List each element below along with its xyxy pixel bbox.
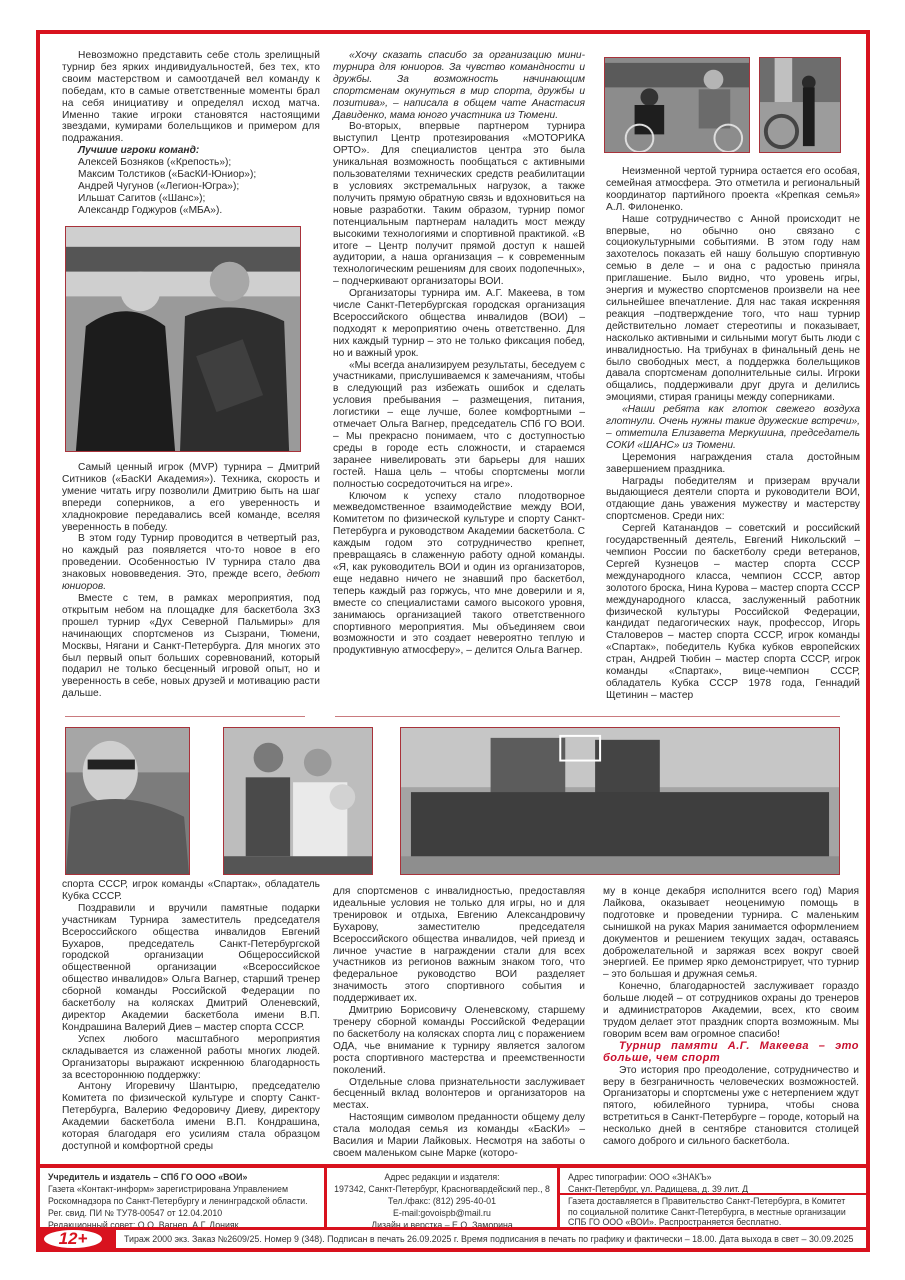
section-divider-left xyxy=(65,716,305,717)
continued-paragraph: для спортсменов с инвалидностью, предост… xyxy=(333,886,585,1005)
handshake-photo-icon xyxy=(605,58,749,152)
photo-older-man-glasses xyxy=(65,727,190,875)
list-item: Ильшат Сагитов («Шанс»); xyxy=(78,193,320,205)
column-top-left: Невозможно представить себе столь зрелищ… xyxy=(62,50,320,217)
footer-distribution-box: Газета доставляется в Правительство Санк… xyxy=(568,1195,864,1227)
volunteers-paragraph: Отдельные слова признательности заслужив… xyxy=(333,1077,585,1113)
photo-wheelchair-handshake xyxy=(604,57,750,153)
imprint-text: Тираж 2000 экз. Заказ №2609/25. Номер 9 … xyxy=(116,1234,853,1244)
list-item: Алексей Бозняков («Крепость»); xyxy=(78,157,320,169)
family-atmosphere-paragraph: Неизменной чертой турнира остается его о… xyxy=(606,166,860,214)
footer-divider-2 xyxy=(557,1168,560,1227)
group-photo-icon xyxy=(401,728,839,874)
award-presenters-paragraph: Сергей Катанандов – советский и российск… xyxy=(606,523,860,702)
column-bottom-right: му в конце декабря исполнится всего год)… xyxy=(603,886,859,1148)
column-bottom-left: спорта СССР, игрок команды «Спартак», об… xyxy=(62,879,320,1153)
list-item: Максим Толстиков («БасКИ-Юниор»); xyxy=(78,169,320,181)
success-paragraph: Успех любого масштабного мероприятия скл… xyxy=(62,1034,320,1082)
imprint-strip: 12+ Тираж 2000 экз. Заказ №2609/25. Номе… xyxy=(40,1227,866,1248)
photo-family-with-baby xyxy=(223,727,373,875)
coach-photo-icon xyxy=(66,728,189,874)
photo-woman-speaker xyxy=(759,57,841,153)
mvp-paragraph: Самый ценный игрок (MVP) турнира – Дмитр… xyxy=(62,462,320,533)
section-subheading: Турнир памяти А.Г. Макеева – это больше,… xyxy=(603,1041,859,1065)
closing-paragraph: Это история про преодоление, сотрудничес… xyxy=(603,1065,859,1148)
column-top-middle: «Хочу сказать спасибо за организацию мин… xyxy=(333,50,585,657)
speaker-photo-icon xyxy=(760,58,840,152)
best-players-list: Алексей Бозняков («Крепость»); Максим То… xyxy=(62,157,320,217)
column-top-right: Неизменной чертой турнира остается его о… xyxy=(606,166,860,702)
column-top-left-lower: Самый ценный игрок (MVP) турнира – Дмитр… xyxy=(62,462,320,700)
congratulations-paragraph: Поздравили и вручили памятные подарки уч… xyxy=(62,903,320,1034)
wagner-quote-paragraph: «Мы всегда анализируем результаты, бесед… xyxy=(333,360,585,491)
continued-paragraph: му в конце декабря исполнится всего год)… xyxy=(603,886,859,981)
olenevsky-paragraph: Дмитрию Борисовичу Оленевскому, старшему… xyxy=(333,1005,585,1076)
best-players-heading: Лучшие игроки команд: xyxy=(62,145,320,157)
age-rating-badge: 12+ xyxy=(40,1230,116,1248)
northern-palmyra-paragraph: Вместе с тем, в рамках мероприятия, под … xyxy=(62,593,320,700)
continued-paragraph: спорта СССР, игрок команды «Спартак», об… xyxy=(62,879,320,903)
award-photo-icon xyxy=(66,227,300,451)
section-divider-right xyxy=(335,716,840,717)
publisher-title: Учредитель и издатель – СПб ГО ООО «ВОИ» xyxy=(48,1171,313,1183)
photo-team-group xyxy=(400,727,840,875)
thanks-paragraph: Антону Игоревичу Шантырю, председателю К… xyxy=(62,1081,320,1152)
photo-two-men-award xyxy=(65,226,301,452)
fourth-time-paragraph: В этом году Турнир проводится в четверты… xyxy=(62,533,320,593)
intro-paragraph: Невозможно представить себе столь зрелищ… xyxy=(62,50,320,145)
gratitude-paragraph: Конечно, благодарностей заслуживает гора… xyxy=(603,981,859,1041)
footer-printing-box: Адрес типографии: ООО «ЗНАКЪ» Санкт-Пете… xyxy=(568,1168,864,1193)
organizers-paragraph: Организаторы турнира им. А.Г. Макеева, в… xyxy=(333,288,585,359)
list-item: Александр Годжуров («МБА»). xyxy=(78,205,320,217)
awards-paragraph: Награды победителям и призерам вручали в… xyxy=(606,476,860,524)
merkushina-quote: «Наши ребята как глоток свежего воздуха … xyxy=(606,404,860,452)
laykov-family-paragraph: Настоящим символом преданности общему де… xyxy=(333,1112,585,1160)
ceremony-paragraph: Церемония награждения стала достойным за… xyxy=(606,452,860,476)
davidenko-quote: «Хочу сказать спасибо за организацию мин… xyxy=(333,50,585,121)
family-photo-icon xyxy=(224,728,372,874)
column-bottom-middle: для спортсменов с инвалидностью, предост… xyxy=(333,886,585,1160)
cooperation-paragraph: Ключом к успеху стало плодотворное межве… xyxy=(333,491,585,658)
footer-publisher-box: Учредитель и издатель – СПб ГО ООО «ВОИ»… xyxy=(48,1168,313,1226)
list-item: Андрей Чугунов («Легион-Югра»); xyxy=(78,181,320,193)
motorika-paragraph: Во-вторых, впервые партнером турнира выс… xyxy=(333,121,585,288)
anna-cooperation-paragraph: Наше сотрудничество с Анной происходит н… xyxy=(606,214,860,405)
footer-editorial-box: Адрес редакции и издателя: 197342, Санкт… xyxy=(327,1168,557,1226)
